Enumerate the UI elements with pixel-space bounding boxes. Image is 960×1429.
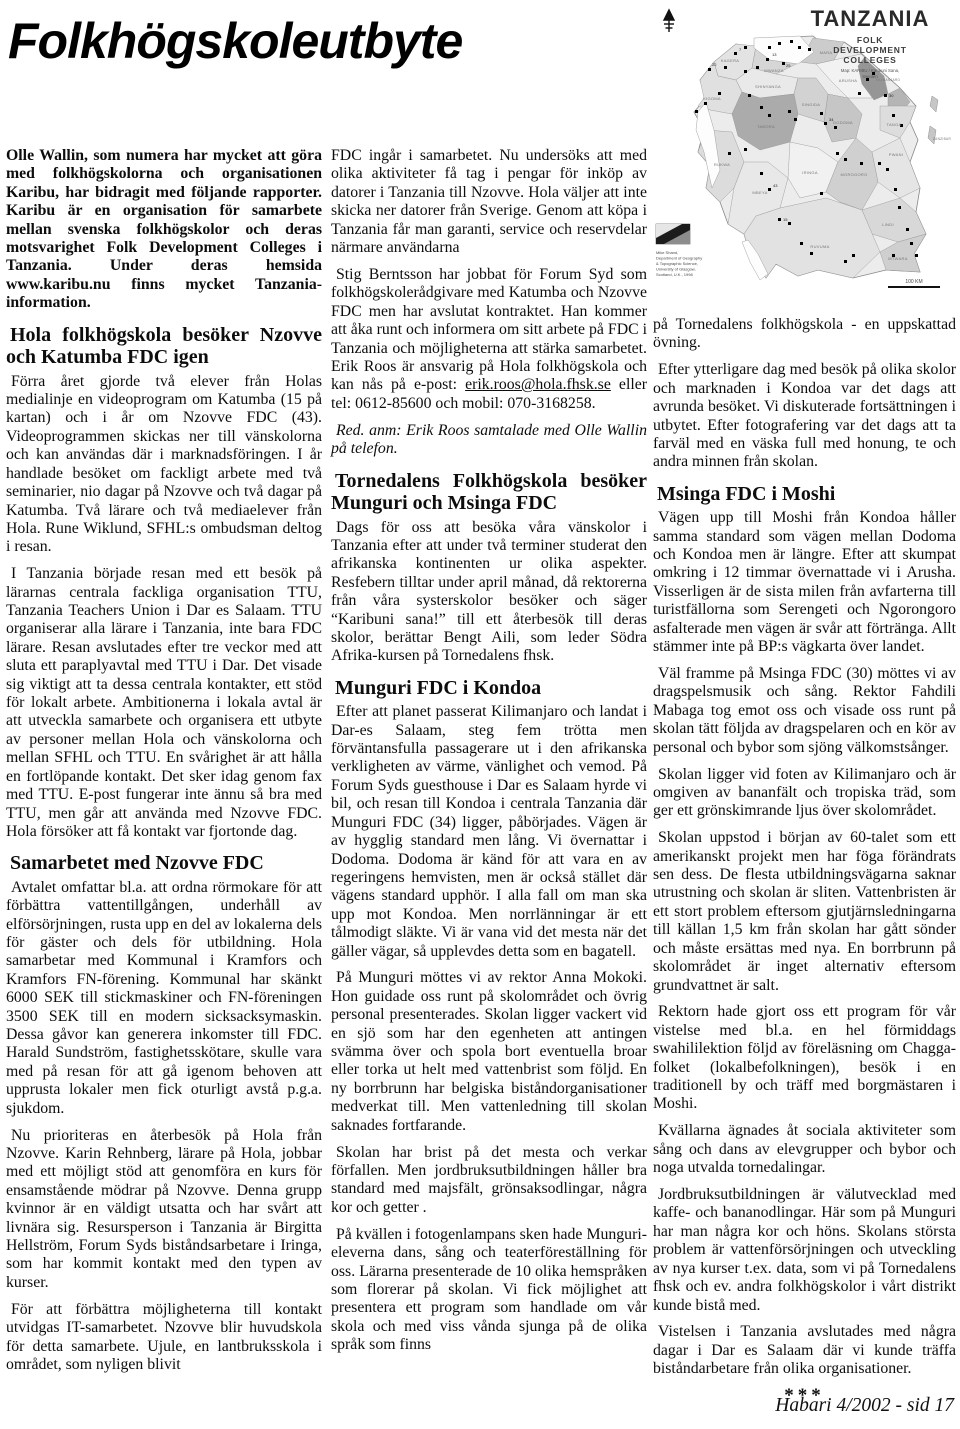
svg-text:KAGERA: KAGERA (721, 58, 740, 63)
map-title: TANZANIA (811, 6, 930, 31)
paragraph: Vistelsen i Tanzania avslutades med någr… (653, 1323, 956, 1378)
paragraph: Skolan har brist på det mesta och verkar… (331, 1144, 647, 1218)
svg-text:COLLEGES: COLLEGES (843, 55, 896, 65)
paragraph: Efter ytterligare dag med besök på olika… (653, 361, 956, 471)
paragraph: Dags för oss att besöka våra vänskolor i… (331, 519, 647, 666)
page-footer: Habari 4/2002 - sid 17 (775, 1395, 954, 1417)
svg-text:DODOMA: DODOMA (833, 120, 853, 125)
svg-text:MBEYA: MBEYA (752, 190, 767, 195)
svg-text:Sweden: Sweden (862, 74, 878, 79)
svg-text:Map: KARIBU / Karibuni Sana,: Map: KARIBU / Karibuni Sana, (841, 68, 900, 73)
document-page: Folkhögskoleutbyte (0, 0, 960, 1429)
paragraph: För att förbättra möjligheterna till kon… (6, 1301, 322, 1375)
svg-text:Mike Shand,: Mike Shand, (656, 250, 678, 255)
svg-text:RUVUMA: RUVUMA (810, 244, 829, 249)
svg-text:University of Glasgow,: University of Glasgow, (656, 267, 696, 272)
svg-text:& Topographic Science,: & Topographic Science, (656, 261, 698, 266)
svg-text:SINGIDA: SINGIDA (802, 102, 821, 107)
svg-text:MARA: MARA (820, 50, 833, 55)
paragraph: På Munguri möttes vi av rektor Anna Moko… (331, 969, 647, 1135)
svg-text:25: 25 (786, 63, 791, 68)
svg-text:TABORA: TABORA (757, 124, 775, 129)
column-1: Olle Wallin, som numera har mycket att g… (6, 147, 322, 1383)
map-scale-bar: 100 KM (888, 279, 940, 287)
svg-text:13: 13 (772, 52, 777, 57)
page-title: Folkhögskoleutbyte (8, 12, 462, 70)
paragraph: Avtalet omfattar bl.a. att ordna rörmoka… (6, 879, 322, 1118)
svg-text:TANGA: TANGA (887, 122, 902, 127)
paragraph: Efter att planet passerat Kilimanjaro oc… (331, 703, 647, 961)
paragraph: Rektorn hade gjort oss ett program för v… (653, 1003, 956, 1113)
svg-text:43: 43 (773, 183, 778, 188)
heading-msinga-moshi: Msinga FDC i Moshi (653, 483, 956, 506)
svg-text:ZANZIBAR: ZANZIBAR (933, 137, 952, 141)
paragraph: Vägen upp till Moshi från Kondoa håller … (653, 509, 956, 656)
paragraph: På kvällen i fotogenlampans sken hade Mu… (331, 1226, 647, 1355)
svg-text:KIGOMA: KIGOMA (703, 96, 721, 101)
paragraph: Jordbruksutbildningen är välutvecklad me… (653, 1186, 956, 1315)
svg-text:30: 30 (889, 93, 894, 98)
svg-text:SHINYANGA: SHINYANGA (755, 84, 781, 89)
tanzania-flag-icon (656, 224, 690, 244)
svg-text:MWANZA: MWANZA (764, 68, 783, 73)
column-2: FDC ingår i samarbetet. Nu undersöks att… (331, 147, 647, 1363)
email-link: erik.roos@hola.fhsk.se (465, 376, 611, 393)
svg-text:ARUSHA: ARUSHA (839, 78, 858, 83)
paragraph: Nu prioriteras en återbesök på Hola från… (6, 1127, 322, 1293)
paragraph: I Tanzania började resan med ett besök p… (6, 565, 322, 841)
paragraph: FDC ingår i samarbetet. Nu undersöks att… (331, 147, 647, 257)
intro-paragraph: Olle Wallin, som numera har mycket att g… (6, 147, 322, 313)
svg-text:DEVELOPMENT: DEVELOPMENT (833, 45, 907, 55)
stig-text: Stig Berntsson har jobbat för Forum Syd … (331, 266, 647, 393)
heading-tornedalens: Tornedalens Folkhögskola besöker Munguri… (331, 470, 647, 515)
svg-text:RUKWA: RUKWA (714, 162, 730, 167)
paragraph: på Tornedalens folkhögskola - en uppskat… (653, 316, 956, 353)
editor-note: Red. anm: Erik Roos samtalade med Olle W… (331, 422, 647, 459)
paragraph-stig: Stig Berntsson har jobbat för Forum Syd … (331, 266, 647, 413)
paragraph: Kvällarna ägnades åt sociala aktiviteter… (653, 1122, 956, 1177)
svg-text:PWANI: PWANI (889, 152, 903, 157)
heading-munguri-kondoa: Munguri FDC i Kondoa (331, 677, 647, 700)
svg-text:KILIMANJARO: KILIMANJARO (876, 78, 901, 82)
svg-text:15: 15 (783, 217, 788, 222)
svg-text:IRINGA: IRINGA (802, 170, 818, 175)
svg-text:Department of Geography: Department of Geography (656, 256, 702, 261)
paragraph: Förra året gjorde två elever från Holas … (6, 373, 322, 557)
svg-text:FOLK: FOLK (857, 35, 883, 45)
paragraph: Skolan uppstod i början av 60-talet som … (653, 829, 956, 995)
heading-samarbetet-nzovve: Samarbetet med Nzovve FDC (6, 852, 322, 875)
heading-hola-besoker: Hola folkhögskola besöker Nzovve och Kat… (6, 324, 322, 369)
map-attribution: Mike Shand, Department of Geography & To… (656, 250, 702, 277)
svg-text:Scotland, U.K., 1998: Scotland, U.K., 1998 (656, 272, 693, 277)
svg-text:100 KM: 100 KM (905, 279, 922, 285)
svg-text:LINDI: LINDI (882, 222, 894, 227)
north-arrow-icon (664, 10, 674, 32)
paragraph: Skolan ligger vid foten av Kilimanjaro o… (653, 766, 956, 821)
svg-text:MOROGORO: MOROGORO (840, 172, 867, 177)
svg-text:22: 22 (712, 62, 717, 67)
column-3: på Tornedalens folkhögskola - en uppskat… (653, 316, 956, 1406)
svg-text:MTWARA: MTWARA (888, 256, 907, 261)
tanzania-map: 30 34 43 15 22 7 13 25 MWANZA MARA KAGER… (648, 2, 956, 304)
paragraph: Väl framme på Msinga FDC (30) möttes vi … (653, 665, 956, 757)
